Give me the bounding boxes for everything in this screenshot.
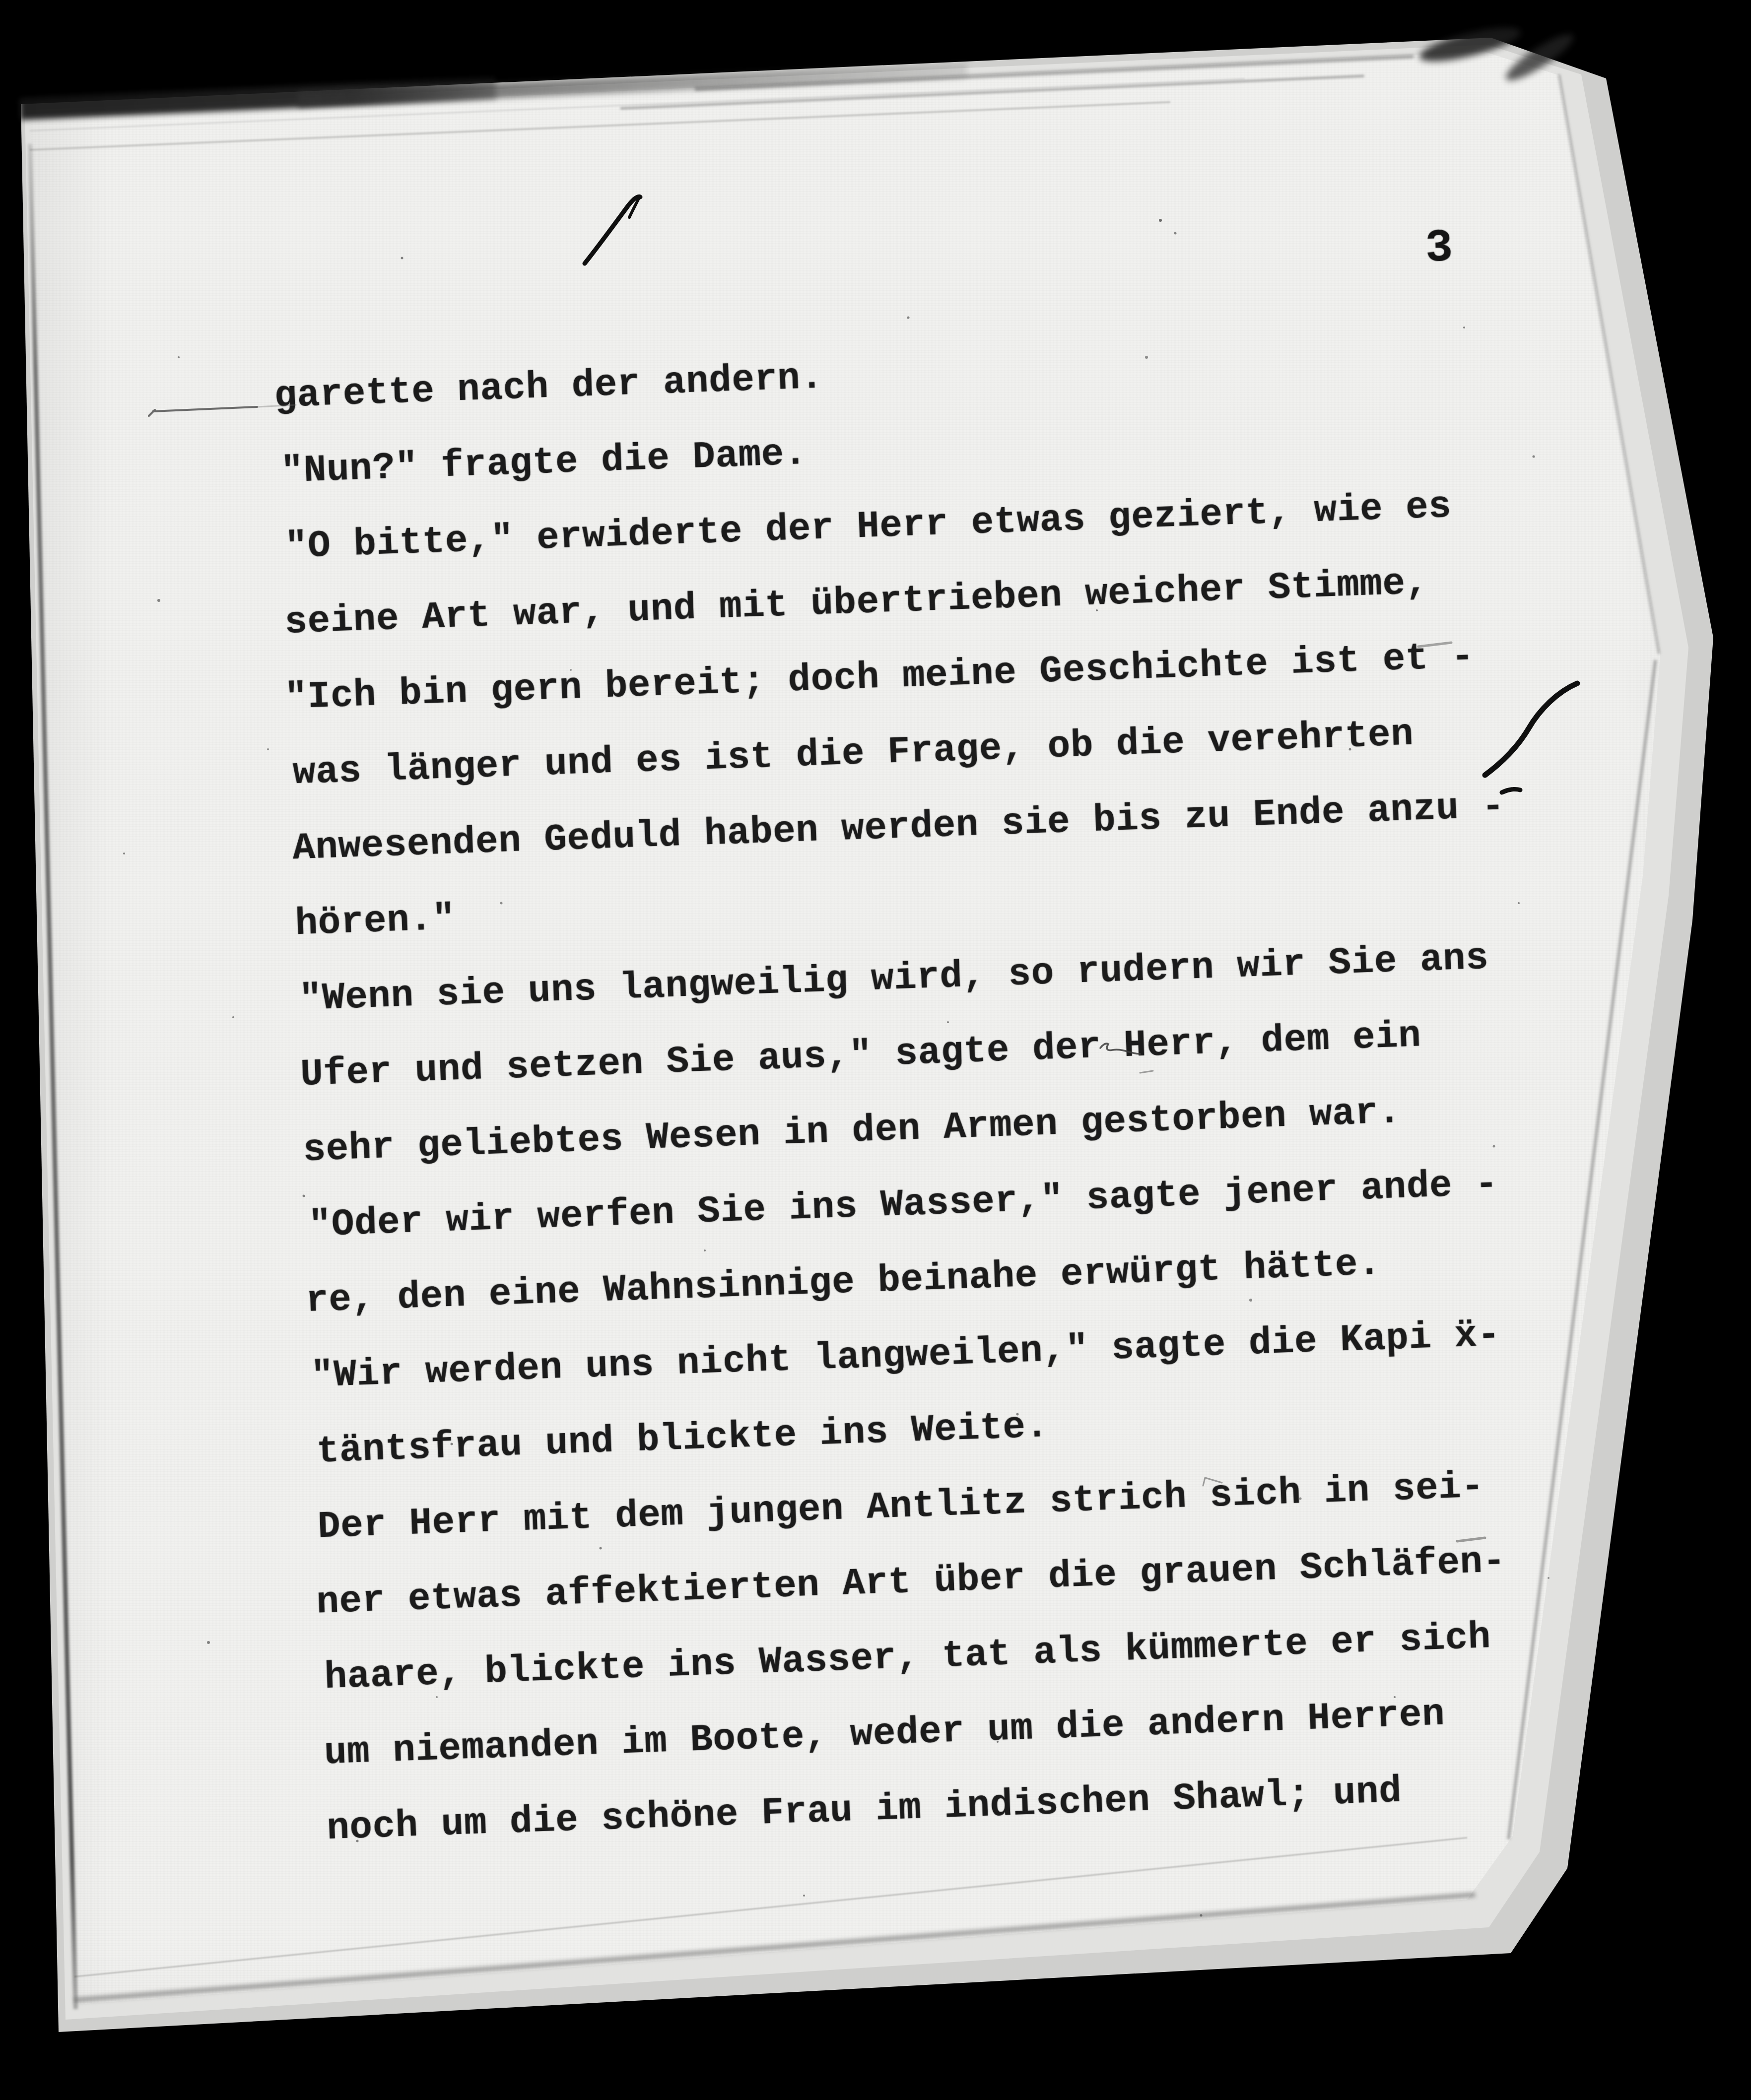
scanned-page-stack: 3 garette nach der andern."Nun?" fragte … bbox=[0, 0, 1751, 2100]
page-number: 3 bbox=[1424, 222, 1454, 275]
typewritten-text: garette nach der andern."Nun?" fragte di… bbox=[275, 317, 1540, 1866]
